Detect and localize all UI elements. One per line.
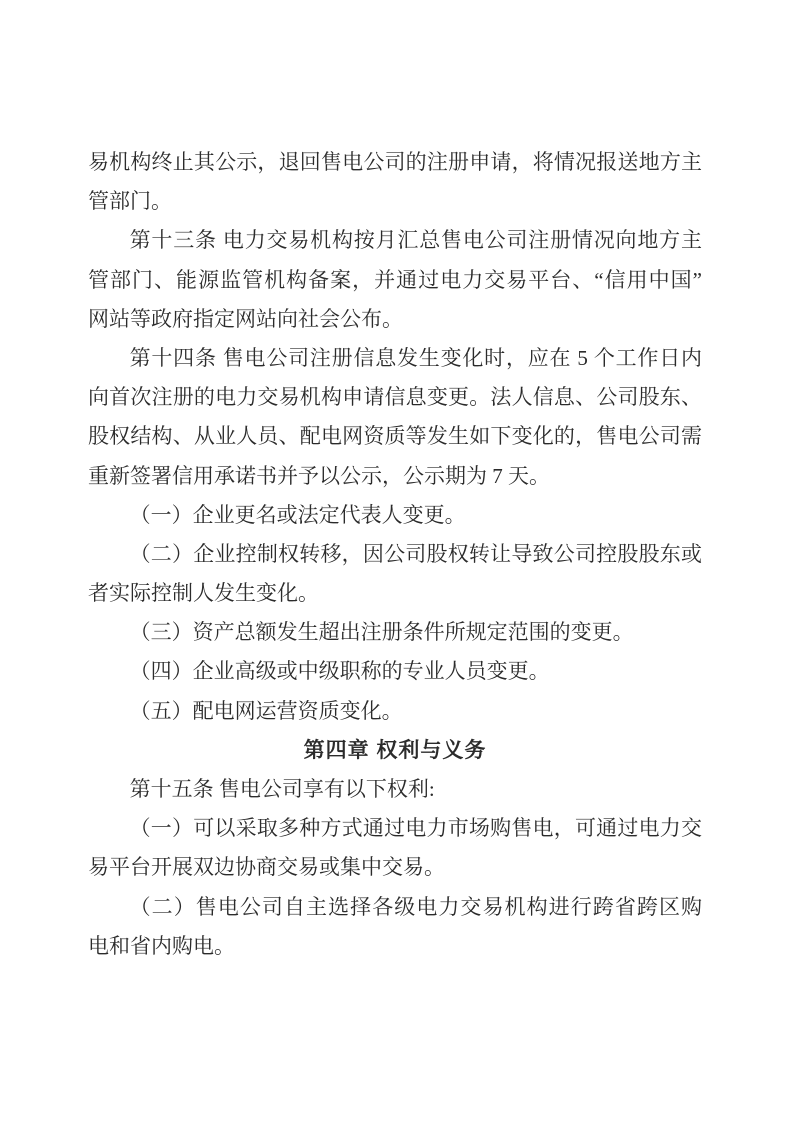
text-line: 易机构终止其公示，退回售电公司的注册申请，将情况报送地方主 bbox=[88, 143, 702, 182]
text-line: 股权结构、从业人员、配电网资质等发生如下变化的，售电公司需 bbox=[88, 417, 702, 456]
text-line: 易平台开展双边协商交易或集中交易。 bbox=[88, 848, 702, 887]
text-line: （一）可以采取多种方式通过电力市场购售电，可通过电力交 bbox=[88, 809, 702, 848]
article-14-item-5: （五）配电网运营资质变化。 bbox=[88, 692, 702, 731]
article-14-item-3: （三）资产总额发生超出注册条件所规定范围的变更。 bbox=[88, 613, 702, 652]
article-15: 第十五条 售电公司享有以下权利: bbox=[88, 770, 702, 809]
document-page: 易机构终止其公示，退回售电公司的注册申请，将情况报送地方主管部门。第十三条 电力… bbox=[0, 0, 794, 1123]
text-line: 第十三条 电力交易机构按月汇总售电公司注册情况向地方主 bbox=[88, 221, 702, 260]
text-line: 向首次注册的电力交易机构申请信息变更。法人信息、公司股东、 bbox=[88, 378, 702, 417]
text-line: （二）售电公司自主选择各级电力交易机构进行跨省跨区购 bbox=[88, 888, 702, 927]
text-line: 网站等政府指定网站向社会公布。 bbox=[88, 300, 702, 339]
chapter-4-heading: 第四章 权利与义务 bbox=[88, 731, 702, 770]
text-line: 电和省内购电。 bbox=[88, 927, 702, 966]
text-line: 管部门。 bbox=[88, 182, 702, 221]
article-14-item-1: （一）企业更名或法定代表人变更。 bbox=[88, 496, 702, 535]
document-body: 易机构终止其公示，退回售电公司的注册申请，将情况报送地方主管部门。第十三条 电力… bbox=[88, 143, 702, 966]
text-line: 者实际控制人发生变化。 bbox=[88, 574, 702, 613]
text-line: （二）企业控制权转移，因公司股权转让导致公司控股股东或 bbox=[88, 535, 702, 574]
text-line: （三）资产总额发生超出注册条件所规定范围的变更。 bbox=[88, 613, 702, 652]
text-line: 第十五条 售电公司享有以下权利: bbox=[88, 770, 702, 809]
text-line: （一）企业更名或法定代表人变更。 bbox=[88, 496, 702, 535]
text-line: 管部门、能源监管机构备案，并通过电力交易平台、“信用中国” bbox=[88, 261, 702, 300]
article-15-item-2: （二）售电公司自主选择各级电力交易机构进行跨省跨区购电和省内购电。 bbox=[88, 888, 702, 966]
text-line: 第十四条 售电公司注册信息发生变化时，应在 5 个工作日内 bbox=[88, 339, 702, 378]
paragraph-continuation: 易机构终止其公示，退回售电公司的注册申请，将情况报送地方主管部门。 bbox=[88, 143, 702, 221]
text-line: （五）配电网运营资质变化。 bbox=[88, 692, 702, 731]
article-14-item-2: （二）企业控制权转移，因公司股权转让导致公司控股股东或者实际控制人发生变化。 bbox=[88, 535, 702, 613]
text-line: （四）企业高级或中级职称的专业人员变更。 bbox=[88, 652, 702, 691]
text-line: 重新签署信用承诺书并予以公示，公示期为 7 天。 bbox=[88, 457, 702, 496]
article-13: 第十三条 电力交易机构按月汇总售电公司注册情况向地方主管部门、能源监管机构备案，… bbox=[88, 221, 702, 339]
article-14-item-4: （四）企业高级或中级职称的专业人员变更。 bbox=[88, 652, 702, 691]
text-line: 第四章 权利与义务 bbox=[88, 731, 702, 770]
article-15-item-1: （一）可以采取多种方式通过电力市场购售电，可通过电力交易平台开展双边协商交易或集… bbox=[88, 809, 702, 887]
article-14: 第十四条 售电公司注册信息发生变化时，应在 5 个工作日内向首次注册的电力交易机… bbox=[88, 339, 702, 496]
